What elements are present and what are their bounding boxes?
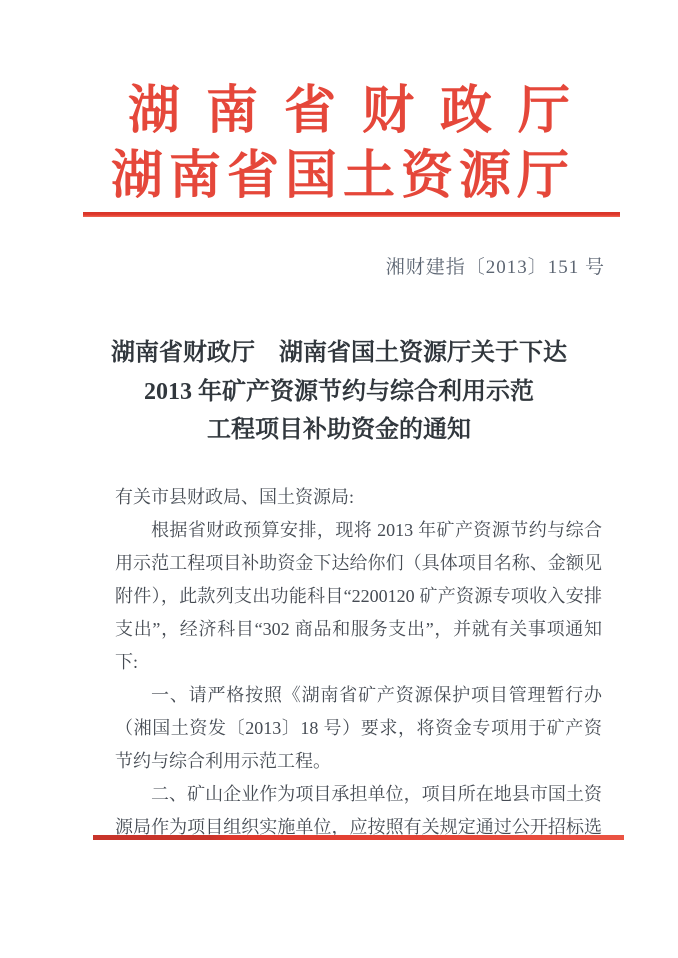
document-reference-number: 湘财建指〔2013〕151 号 bbox=[386, 252, 605, 279]
letterhead-agency-land-resources: 湖南省国土资源厅 bbox=[111, 151, 575, 203]
body-line: （湘国土资发〔2013〕18 号）要求，将资金专项用于矿产资源 bbox=[115, 712, 602, 745]
body-line-item-1: 一、请严格按照《湖南省矿产资源保护项目管理暂行办法》 bbox=[115, 679, 602, 712]
letterhead-agency-finance: 湖南省财政厅 bbox=[128, 86, 596, 138]
title-line-1: 湖南省财政厅 湖南省国土资源厅关于下达 bbox=[0, 334, 678, 373]
body-line: 下: bbox=[115, 646, 602, 679]
title-line-2: 2013 年矿产资源节约与综合利用示范 bbox=[0, 373, 678, 412]
page-bottom-red-divider bbox=[93, 835, 624, 840]
document-title: 湖南省财政厅 湖南省国土资源厅关于下达 2013 年矿产资源节约与综合利用示范 … bbox=[0, 334, 678, 450]
body-line-salutation: 有关市县财政局、国土资源局: bbox=[115, 481, 602, 514]
body-line: 根据省财政预算安排，现将 2013 年矿产资源节约与综合利 bbox=[115, 514, 602, 547]
body-line: 用示范工程项目补助资金下达给你们（具体项目名称、金额见 bbox=[115, 547, 602, 580]
body-line: 支出”，经济科目“302 商品和服务支出”，并就有关事项通知如 bbox=[115, 613, 602, 646]
body-line: 附件），此款列支出功能科目“2200120 矿产资源专项收入安排的 bbox=[115, 580, 602, 613]
letterhead-red-divider bbox=[83, 212, 620, 217]
body-line-item-2: 二、矿山企业作为项目承担单位，项目所在地县市国土资 bbox=[115, 778, 602, 811]
title-line-3: 工程项目补助资金的通知 bbox=[0, 411, 678, 450]
body-line: 节约与综合利用示范工程。 bbox=[115, 745, 602, 778]
document-body: 有关市县财政局、国土资源局: 根据省财政预算安排，现将 2013 年矿产资源节约… bbox=[115, 481, 602, 844]
document-page: 湖南省财政厅 湖南省国土资源厅 湘财建指〔2013〕151 号 湖南省财政厅 湖… bbox=[0, 0, 678, 958]
